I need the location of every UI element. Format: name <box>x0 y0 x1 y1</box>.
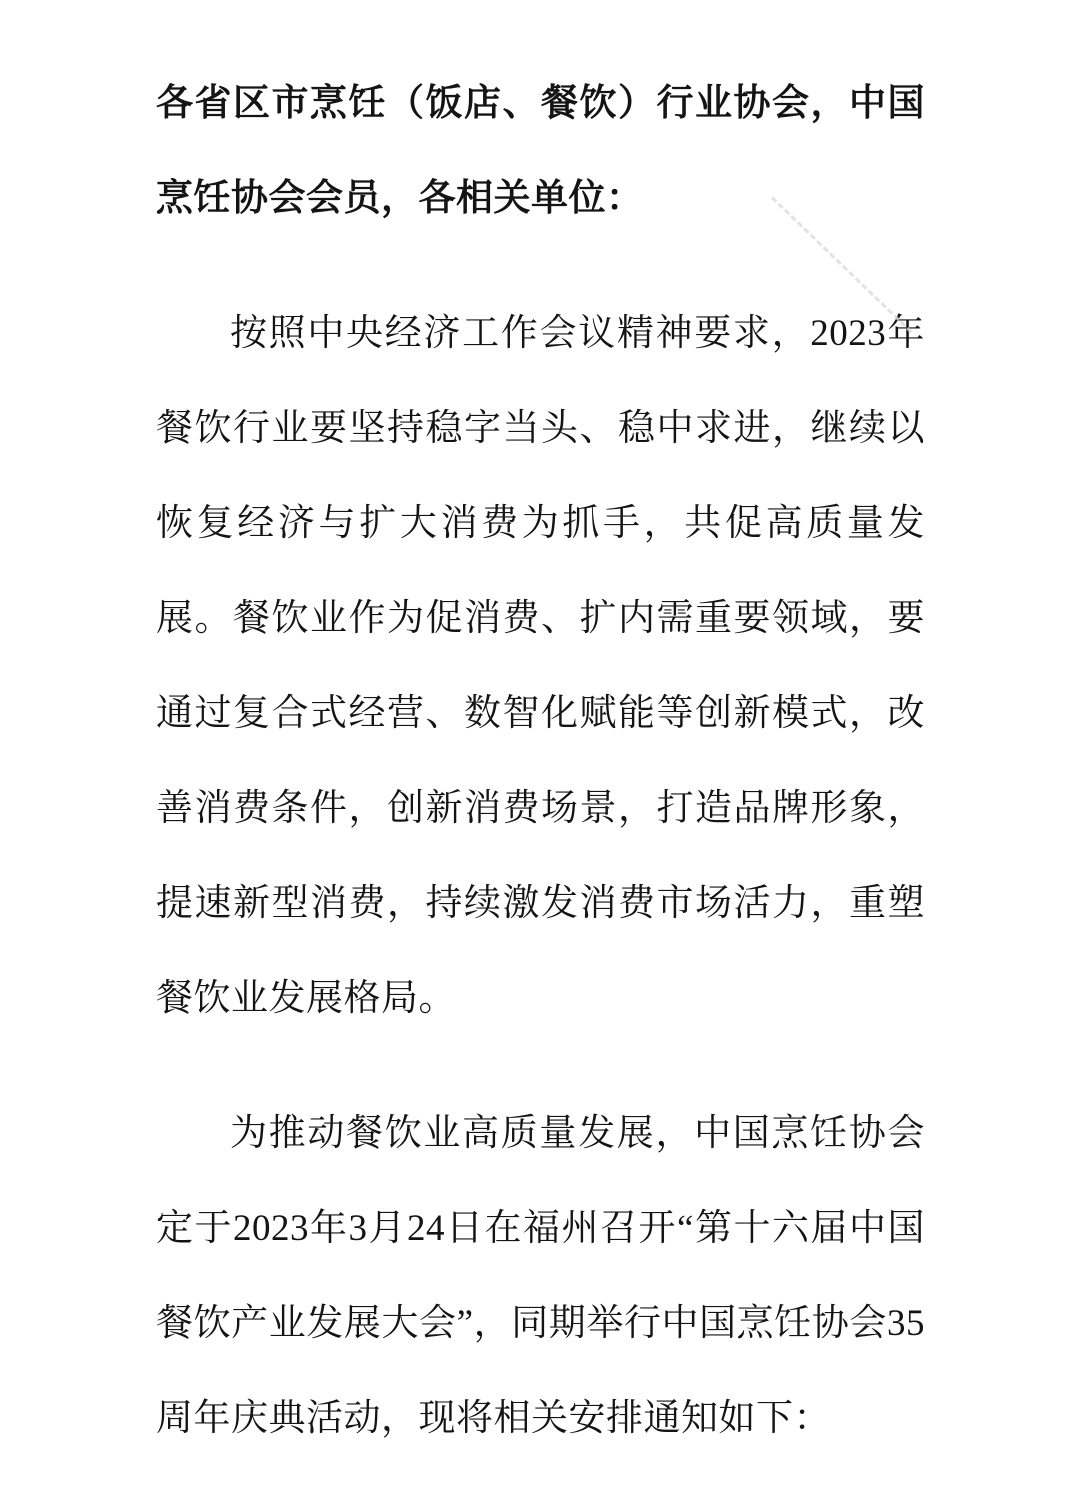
paragraph-policy-overview: 按照中央经济工作会议精神要求，2023年餐饮行业要坚持稳字当头、稳中求进，继续以… <box>156 286 925 1046</box>
paragraph-conference-announcement: 为推动餐饮业高质量发展，中国烹饪协会定于2023年3月24日在福州召开“第十六届… <box>156 1086 925 1466</box>
salutation-line: 各省区市烹饪（饭店、餐饮）行业协会，中国烹饪协会会员，各相关单位： <box>156 56 925 246</box>
document-page: 各省区市烹饪（饭店、餐饮）行业协会，中国烹饪协会会员，各相关单位： 按照中央经济… <box>0 0 1080 1500</box>
